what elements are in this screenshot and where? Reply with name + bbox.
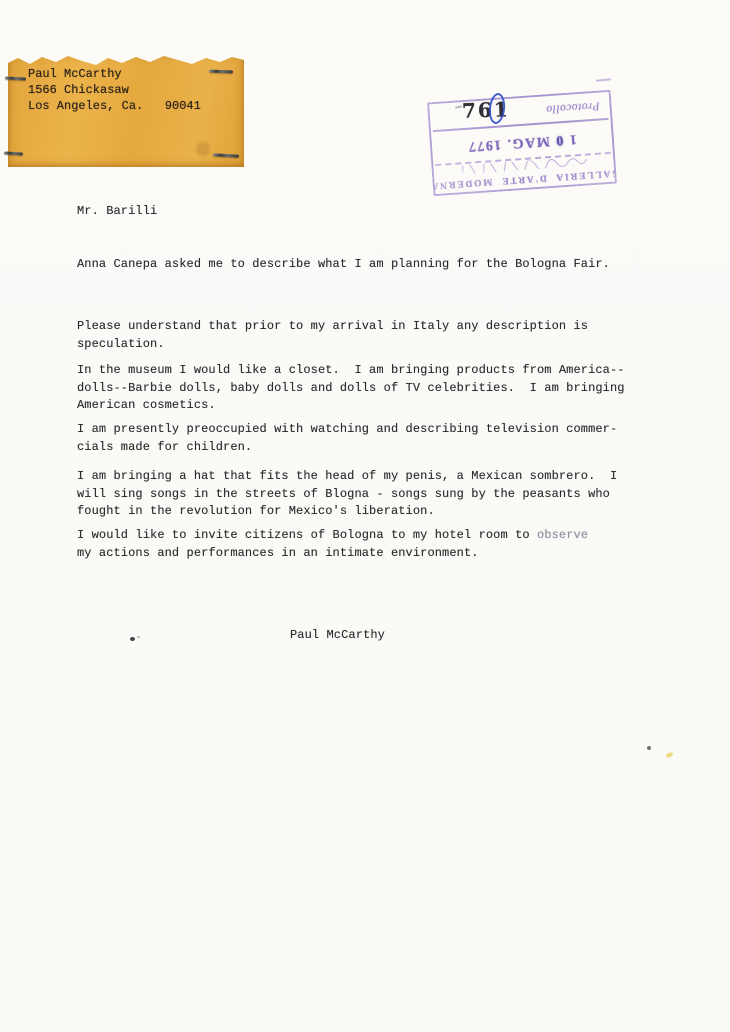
ink-speck: [647, 746, 651, 750]
faded-word: observe: [537, 528, 588, 542]
ink-speck: [596, 78, 611, 81]
staple-icon: [4, 151, 23, 155]
address-label-text: Paul McCarthy 1566 Chickasaw Los Angeles…: [28, 67, 201, 114]
closing-text: I would like to invite citizens of Bolog…: [77, 528, 537, 542]
salutation: Mr. Barilli: [77, 203, 157, 221]
closing-text: my actions and performances in an intima…: [77, 546, 479, 560]
letter-scan: Paul McCarthy 1566 Chickasaw Los Angeles…: [0, 0, 730, 1032]
letter-paragraph: I am presently preoccupied with watching…: [77, 421, 617, 456]
letter-paragraph: I am bringing a hat that fits the head o…: [77, 468, 617, 521]
letter-paragraph: Please understand that prior to my arriv…: [77, 318, 588, 353]
closing-paragraph: I would like to invite citizens of Bolog…: [77, 527, 588, 562]
ink-speck: [665, 752, 673, 759]
signature: Paul McCarthy: [290, 627, 385, 645]
letter-paragraph: In the museum I would like a closet. I a…: [77, 362, 625, 415]
ink-speck: [130, 637, 135, 641]
letter-paragraph: Anna Canepa asked me to describe what I …: [77, 256, 610, 274]
